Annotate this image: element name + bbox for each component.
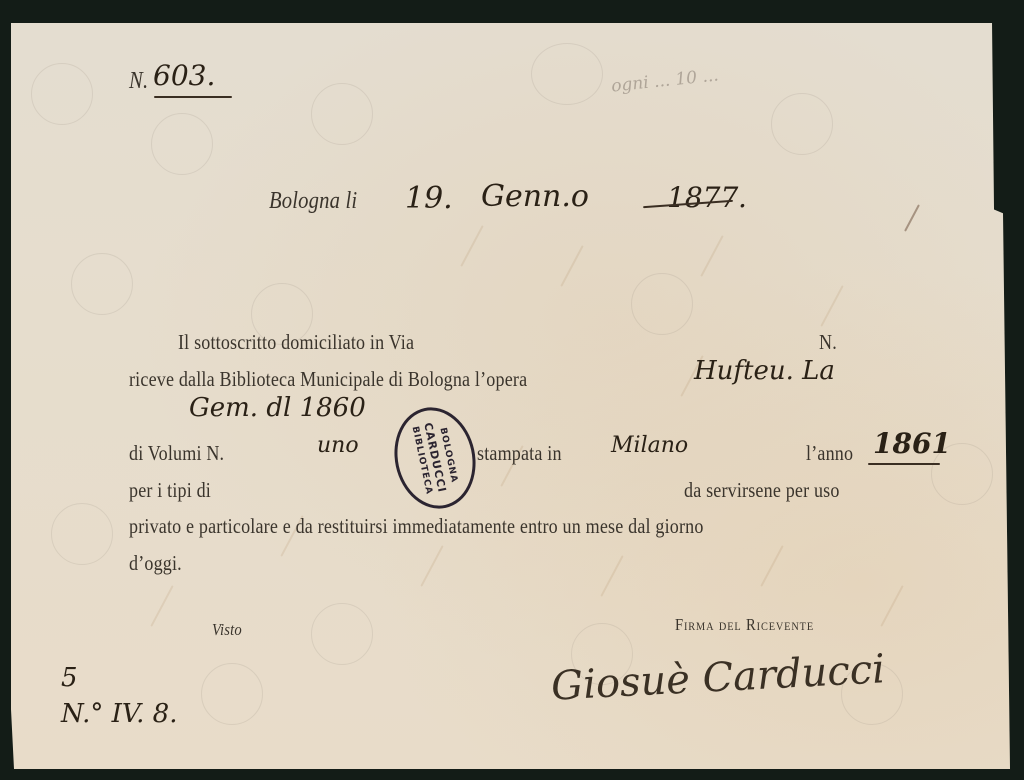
date-place-label: Bologna li <box>269 188 357 215</box>
bleed-through-stroke <box>904 204 920 231</box>
date-year-suffix: . <box>738 181 747 214</box>
printed-in-label: stampata in <box>477 441 562 466</box>
bleed-through-stroke <box>560 245 583 287</box>
watermark-mark <box>531 43 603 105</box>
register-number-value: 603. <box>153 59 215 92</box>
work-title-continuation: Gem. dl 1860 <box>189 393 366 423</box>
shelf-mark-number: 5 <box>61 663 78 693</box>
year-label: l’anno <box>806 441 853 466</box>
watermark-mark <box>311 83 373 145</box>
watermark-mark <box>631 273 693 335</box>
date-year: 1877 <box>667 181 738 214</box>
bleed-through-stroke <box>760 545 783 587</box>
body-line6-text: privato e particolare e da restituirsi i… <box>129 514 704 539</box>
use-label: da servirsene per uso <box>684 478 840 503</box>
library-stamp: BIBLIOTECA CARDUCCI BOLOGNA <box>385 400 484 516</box>
date-day: 19. <box>405 181 453 216</box>
bleed-through-stroke <box>420 545 443 587</box>
register-number-underline <box>154 96 232 98</box>
volumes-label: di Volumi N. <box>129 441 224 466</box>
body-line1-text: Il sottoscritto domiciliato in Via <box>178 330 414 355</box>
watermark-mark <box>31 63 93 125</box>
pencil-note: ogni ... 10 ... <box>610 65 719 96</box>
types-label: per i tipi di <box>129 478 211 503</box>
body-line1-number-label: N. <box>819 330 837 355</box>
date-month: Genn.o <box>481 179 589 214</box>
bleed-through-stroke <box>820 285 843 327</box>
watermark-mark <box>311 603 373 665</box>
watermark-mark <box>151 113 213 175</box>
signature-label: Firma del Ricevente <box>675 615 814 635</box>
watermark-mark <box>201 663 263 725</box>
body-line2-text: riceve dalla Biblioteca Municipale di Bo… <box>129 367 527 392</box>
printed-in-place: Milano <box>611 433 688 458</box>
work-title-handwritten: Hufteu. La <box>694 356 835 386</box>
year-underline <box>868 463 940 465</box>
watermark-mark <box>51 503 113 565</box>
year-value: 1861 <box>873 427 951 460</box>
bleed-through-stroke <box>880 585 903 627</box>
watermark-mark <box>71 253 133 315</box>
visto-label: Visto <box>212 620 242 640</box>
bleed-through-stroke <box>600 555 623 597</box>
watermark-mark <box>771 93 833 155</box>
bleed-through-stroke <box>150 585 173 627</box>
body-line7-text: d’oggi. <box>129 551 182 576</box>
bleed-through-stroke <box>700 235 723 277</box>
register-number-label: N. <box>129 68 148 95</box>
volumes-value: uno <box>317 433 359 458</box>
document-paper: ogni ... 10 ... N. 603. Bologna li 19. G… <box>11 23 1010 769</box>
shelf-mark-code: N.° IV. 8. <box>61 699 177 729</box>
bleed-through-stroke <box>460 225 483 267</box>
